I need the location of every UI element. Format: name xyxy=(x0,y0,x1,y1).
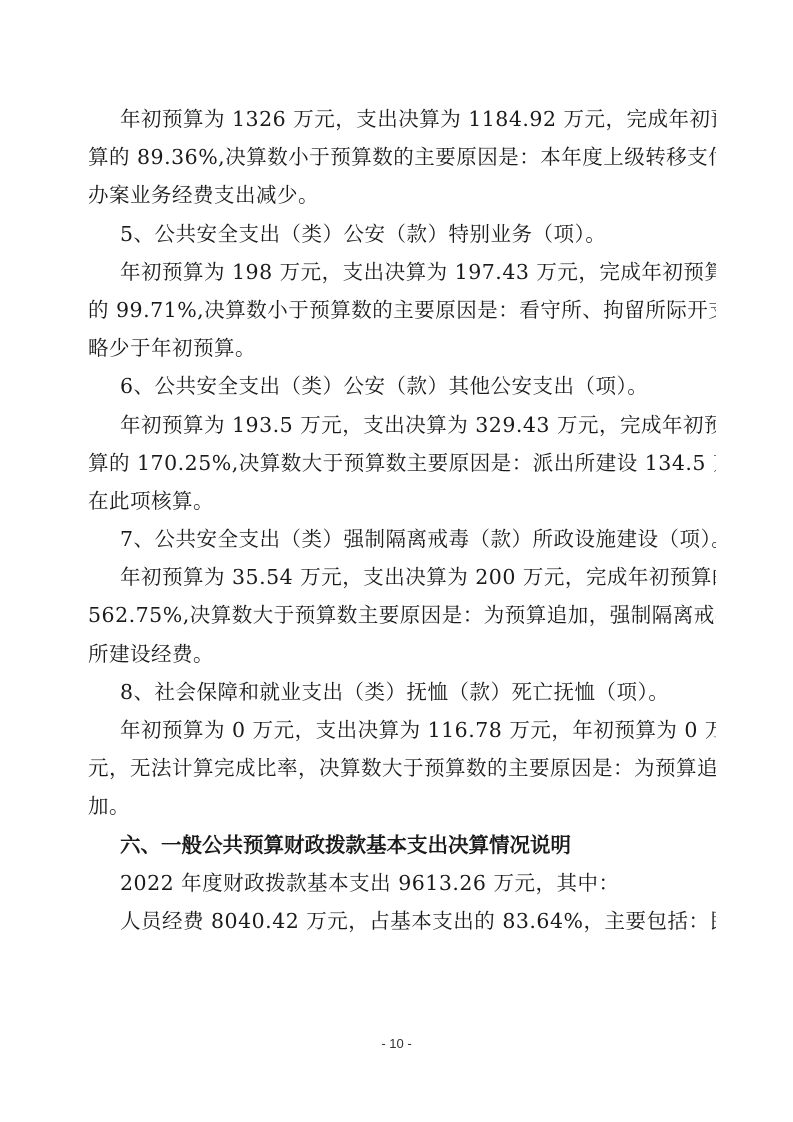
item-title-5: 5、公共安全支出（类）公安（款）特别业务（项）。 xyxy=(88,215,716,253)
paragraph-line: 的 99.71%,决算数小于预算数的主要原因是：看守所、拘留所际开支 xyxy=(88,291,716,329)
item-title-8: 8、社会保障和就业支出（类）抚恤（款）死亡抚恤（项）。 xyxy=(88,673,716,711)
item-title-7: 7、公共安全支出（类）强制隔离戒毒（款）所政设施建设（项）。 xyxy=(88,520,716,558)
body-text: 年初预算为 1326 万元，支出决算为 1184.92 万元，完成年初预 算的 … xyxy=(88,100,716,826)
paragraph-line: 年初预算为 1326 万元，支出决算为 1184.92 万元，完成年初预 xyxy=(88,100,716,138)
paragraph-line: 年初预算为 193.5 万元，支出决算为 329.43 万元，完成年初预 xyxy=(88,406,716,444)
paragraph-line: 在此项核算。 xyxy=(88,482,716,520)
paragraph-line: 算的 170.25%,决算数大于预算数主要原因是：派出所建设 134.5 万元 xyxy=(88,444,716,482)
paragraph-line: 略少于年初预算。 xyxy=(88,329,716,367)
section-body: 2022 年度财政拨款基本支出 9613.26 万元，其中： 人员经费 8040… xyxy=(88,864,716,940)
page-number: - 10 - xyxy=(0,1036,793,1051)
paragraph-line: 算的 89.36%,决算数小于预算数的主要原因是：本年度上级转移支付 xyxy=(88,138,716,176)
paragraph-line: 所建设经费。 xyxy=(88,635,716,673)
paragraph-line: 年初预算为 198 万元，支出决算为 197.43 万元，完成年初预算 xyxy=(88,253,716,291)
paragraph-line: 元，无法计算完成比率，决算数大于预算数的主要原因是：为预算追 xyxy=(88,749,716,787)
paragraph-line: 人员经费 8040.42 万元，占基本支出的 83.64%，主要包括：民辅 xyxy=(88,902,716,940)
paragraph-line: 562.75%,决算数大于预算数主要原因是：为预算追加，强制隔离戒毒 xyxy=(88,596,716,634)
paragraph-line: 2022 年度财政拨款基本支出 9613.26 万元，其中： xyxy=(88,864,716,902)
section-heading: 六、一般公共预算财政拨款基本支出决算情况说明 xyxy=(88,826,716,864)
item-title-6: 6、公共安全支出（类）公安（款）其他公安支出（项）。 xyxy=(88,367,716,405)
paragraph-line: 加。 xyxy=(88,787,716,825)
paragraph-line: 办案业务经费支出减少。 xyxy=(88,176,716,214)
paragraph-line: 年初预算为 0 万元，支出决算为 116.78 万元，年初预算为 0 万 xyxy=(88,711,716,749)
document-page: 年初预算为 1326 万元，支出决算为 1184.92 万元，完成年初预 算的 … xyxy=(88,100,716,940)
paragraph-line: 年初预算为 35.54 万元，支出决算为 200 万元，完成年初预算的 xyxy=(88,558,716,596)
